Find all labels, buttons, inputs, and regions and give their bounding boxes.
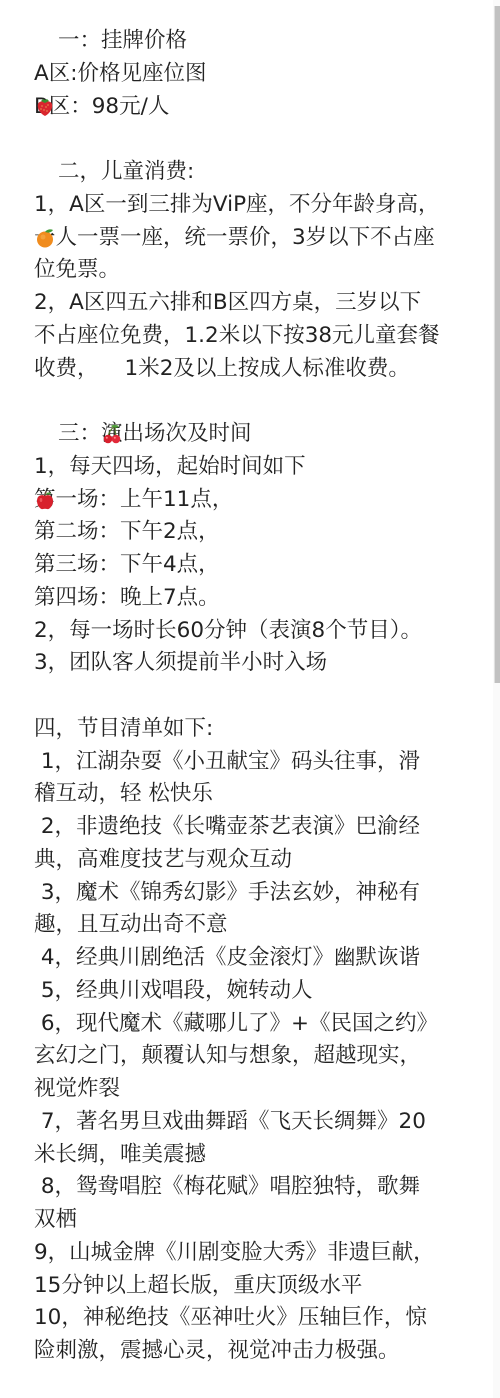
text-line: 3，团队客人须提前半小时入场 xyxy=(34,647,474,680)
text-line: 一人一票一座，统一票价，3岁以下不占座 xyxy=(34,222,474,255)
text-line: 2，每一场时长60分钟（表演8个节目）。 xyxy=(34,615,474,648)
section-heading-programs: 四，节目清单如下: xyxy=(34,713,474,746)
text-line: 位免票。 xyxy=(34,254,474,287)
program-line: 15分钟以上超长版，重庆顶级水平 xyxy=(34,1270,474,1303)
text-line: 第四场：晚上7点。 xyxy=(34,582,474,615)
program-line: 趣，且互动出奇不意 xyxy=(34,909,474,942)
program-line: 5，经典川戏唱段，婉转动人 xyxy=(34,975,474,1008)
cherries-icon xyxy=(101,358,123,380)
text-line: 不占座位免费，1.2米以下按38元儿童套餐 xyxy=(34,320,474,353)
blank-line xyxy=(34,680,474,713)
program-line: 10，神秘绝技《巫神吐火》压轴巨作，惊 xyxy=(34,1302,474,1335)
program-line: 视觉炸裂 xyxy=(34,1073,474,1106)
program-line: 3，魔术《锦秀幻影》手法玄妙，神秘有 xyxy=(34,877,474,910)
program-line: 米长绸，唯美震撼 xyxy=(34,1139,474,1172)
text-line: 2，A区四五六排和B区四方桌，三岁以下 xyxy=(34,287,474,320)
text-line: A区:价格见座位图 xyxy=(34,58,474,91)
strawberry-icon xyxy=(34,30,56,52)
text-line: 1，A区一到三排为ViP座，不分年龄身高， xyxy=(34,189,474,222)
section-heading-children: 二，儿童消费: xyxy=(34,156,474,189)
vertical-scrollbar[interactable] xyxy=(493,0,500,1398)
program-line: 6，现代魔术《藏哪儿了》+《民国之约》 xyxy=(34,1008,474,1041)
program-line: 9，山城金牌《川剧变脸大秀》非遗巨献， xyxy=(34,1237,474,1270)
program-line: 1，江湖杂耍《小丑献宝》码头往事，滑 xyxy=(34,746,474,779)
text-line: B区：98元/人 xyxy=(34,91,474,124)
blank-line xyxy=(34,123,474,156)
section-heading-pricing: 一：挂牌价格 xyxy=(34,25,474,58)
program-line: 双栖 xyxy=(34,1204,474,1237)
text-line: 第三场：下午4点， xyxy=(34,549,474,582)
program-line: 2，非遗绝技《长嘴壶茶艺表演》巴渝经 xyxy=(34,811,474,844)
program-line: 稽互动，轻 松快乐 xyxy=(34,778,474,811)
program-line: 典，高难度技艺与观众互动 xyxy=(34,844,474,877)
document-body: 一：挂牌价格 A区:价格见座位图 B区：98元/人 二，儿童消费: 1，A区一到… xyxy=(34,25,474,1368)
apple-icon xyxy=(34,423,56,445)
program-line: 4，经典川剧绝活《皮金滚灯》幽默诙谐 xyxy=(34,942,474,975)
text-line: 第二场：下午2点， xyxy=(34,516,474,549)
scrollbar-thumb[interactable] xyxy=(494,6,500,683)
program-line: 险刺激，震撼心灵，视觉冲击力极强。 xyxy=(34,1335,474,1368)
program-line: 玄幻之门，颠覆认知与想象，超越现实， xyxy=(34,1040,474,1073)
program-line: 8，鸳鸯唱腔《梅花赋》唱腔独特，歌舞 xyxy=(34,1171,474,1204)
text-line: 收费， 1米2及以上按成人标准收费。 xyxy=(34,353,474,386)
tangerine-icon xyxy=(34,161,56,183)
program-line: 7，著名男旦戏曲舞蹈《飞天长绸舞》20 xyxy=(34,1106,474,1139)
